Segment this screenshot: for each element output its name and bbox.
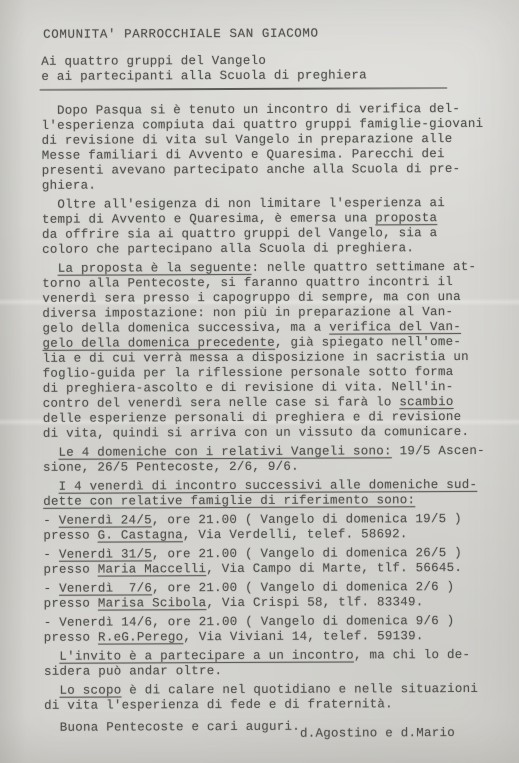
text: - [43, 514, 59, 528]
text [43, 446, 59, 460]
paragraph: Le 4 domeniche con i relativi Vangeli so… [43, 444, 493, 476]
underlined-text: Venerdì 31/5 [59, 547, 152, 561]
paragraph: - Venerdì 14/6, ore 21.00 ( Vangelo di d… [44, 614, 494, 646]
scanned-letter-page: COMUNITA' PARROCCHIALE SAN GIACOMO Ai qu… [0, 0, 519, 763]
text: , Via Campo di Marte, tlf. 56645. [206, 561, 462, 576]
text: - [44, 582, 60, 596]
paragraph: - Venerdì 31/5, ore 21.00 ( Vangelo di d… [43, 546, 493, 578]
paragraph: Oltre all'esigenza di non limitare l'esp… [42, 196, 492, 258]
paragraph: I 4 venerdì di incontro successivi alle … [43, 478, 493, 510]
text: Dopo Pasqua si è tenuto un incontro di v… [41, 102, 483, 193]
paragraph: Lo scopo è di calare nel quotidiano e ne… [44, 682, 494, 714]
underlined-text: G. Castagna [98, 528, 183, 542]
document: COMUNITA' PARROCCHIALE SAN GIACOMO Ai qu… [0, 0, 519, 736]
divider-line [39, 87, 447, 91]
closing-line: Buona Pentecoste e cari auguri. d.Agosti… [44, 719, 494, 736]
text: , Via Verdelli, telef. 58692. [183, 527, 408, 542]
text: , Via Crispi 58, tlf. 83349. [206, 595, 423, 610]
document-body: Dopo Pasqua si è tenuto un incontro di v… [41, 102, 494, 714]
paragraph: - Venerdì 24/5, ore 21.00 ( Vangelo di d… [43, 512, 493, 544]
underlined-text: R.eG.Perego [98, 630, 183, 644]
addressee-block: Ai quattro gruppi del Vangelo e ai parte… [41, 53, 491, 85]
addressee-line-2: e ai partecipanti alla Scuola di preghie… [41, 68, 491, 85]
underlined-text: Venerdì 7/6 [59, 581, 152, 595]
paragraph: La proposta è la seguente: nelle quattro… [42, 260, 493, 442]
text [42, 262, 58, 276]
underlined-text: Le 4 domeniche con i relativi Vangeli so… [58, 444, 391, 459]
underlined-text: Lo scopo [59, 683, 121, 697]
paragraph: L'invito è a partecipare a un incontro, … [44, 648, 494, 680]
closing-greeting: Buona Pentecoste e cari auguri. [44, 720, 300, 736]
text: - [43, 548, 59, 562]
page-title: COMUNITA' PARROCCHIALE SAN GIACOMO [43, 26, 491, 43]
paragraph: Dopo Pasqua si è tenuto un incontro di v… [41, 102, 491, 194]
underlined-text: Venerdì 24/5 [59, 513, 152, 527]
signature: d.Agostino e d.Mario [300, 726, 455, 742]
underlined-text: proposta [375, 211, 437, 225]
text [44, 684, 60, 698]
text [44, 650, 60, 664]
underlined-text: La proposta è la seguente [58, 261, 252, 276]
paragraph: - Venerdì 7/6, ore 21.00 ( Vangelo di do… [44, 580, 494, 612]
underlined-text: L'invito è a partecipare a un incontro [59, 648, 354, 663]
underlined-text: Maria Maccelli [98, 562, 207, 576]
underlined-text: scambio [399, 395, 453, 409]
underlined-text: Marisa Scibola [98, 596, 207, 610]
text: , Via Viviani 14, telef. 59139. [183, 629, 423, 644]
text [43, 480, 59, 494]
underlined-text: I 4 venerdì di incontro successivi alle … [43, 478, 477, 509]
